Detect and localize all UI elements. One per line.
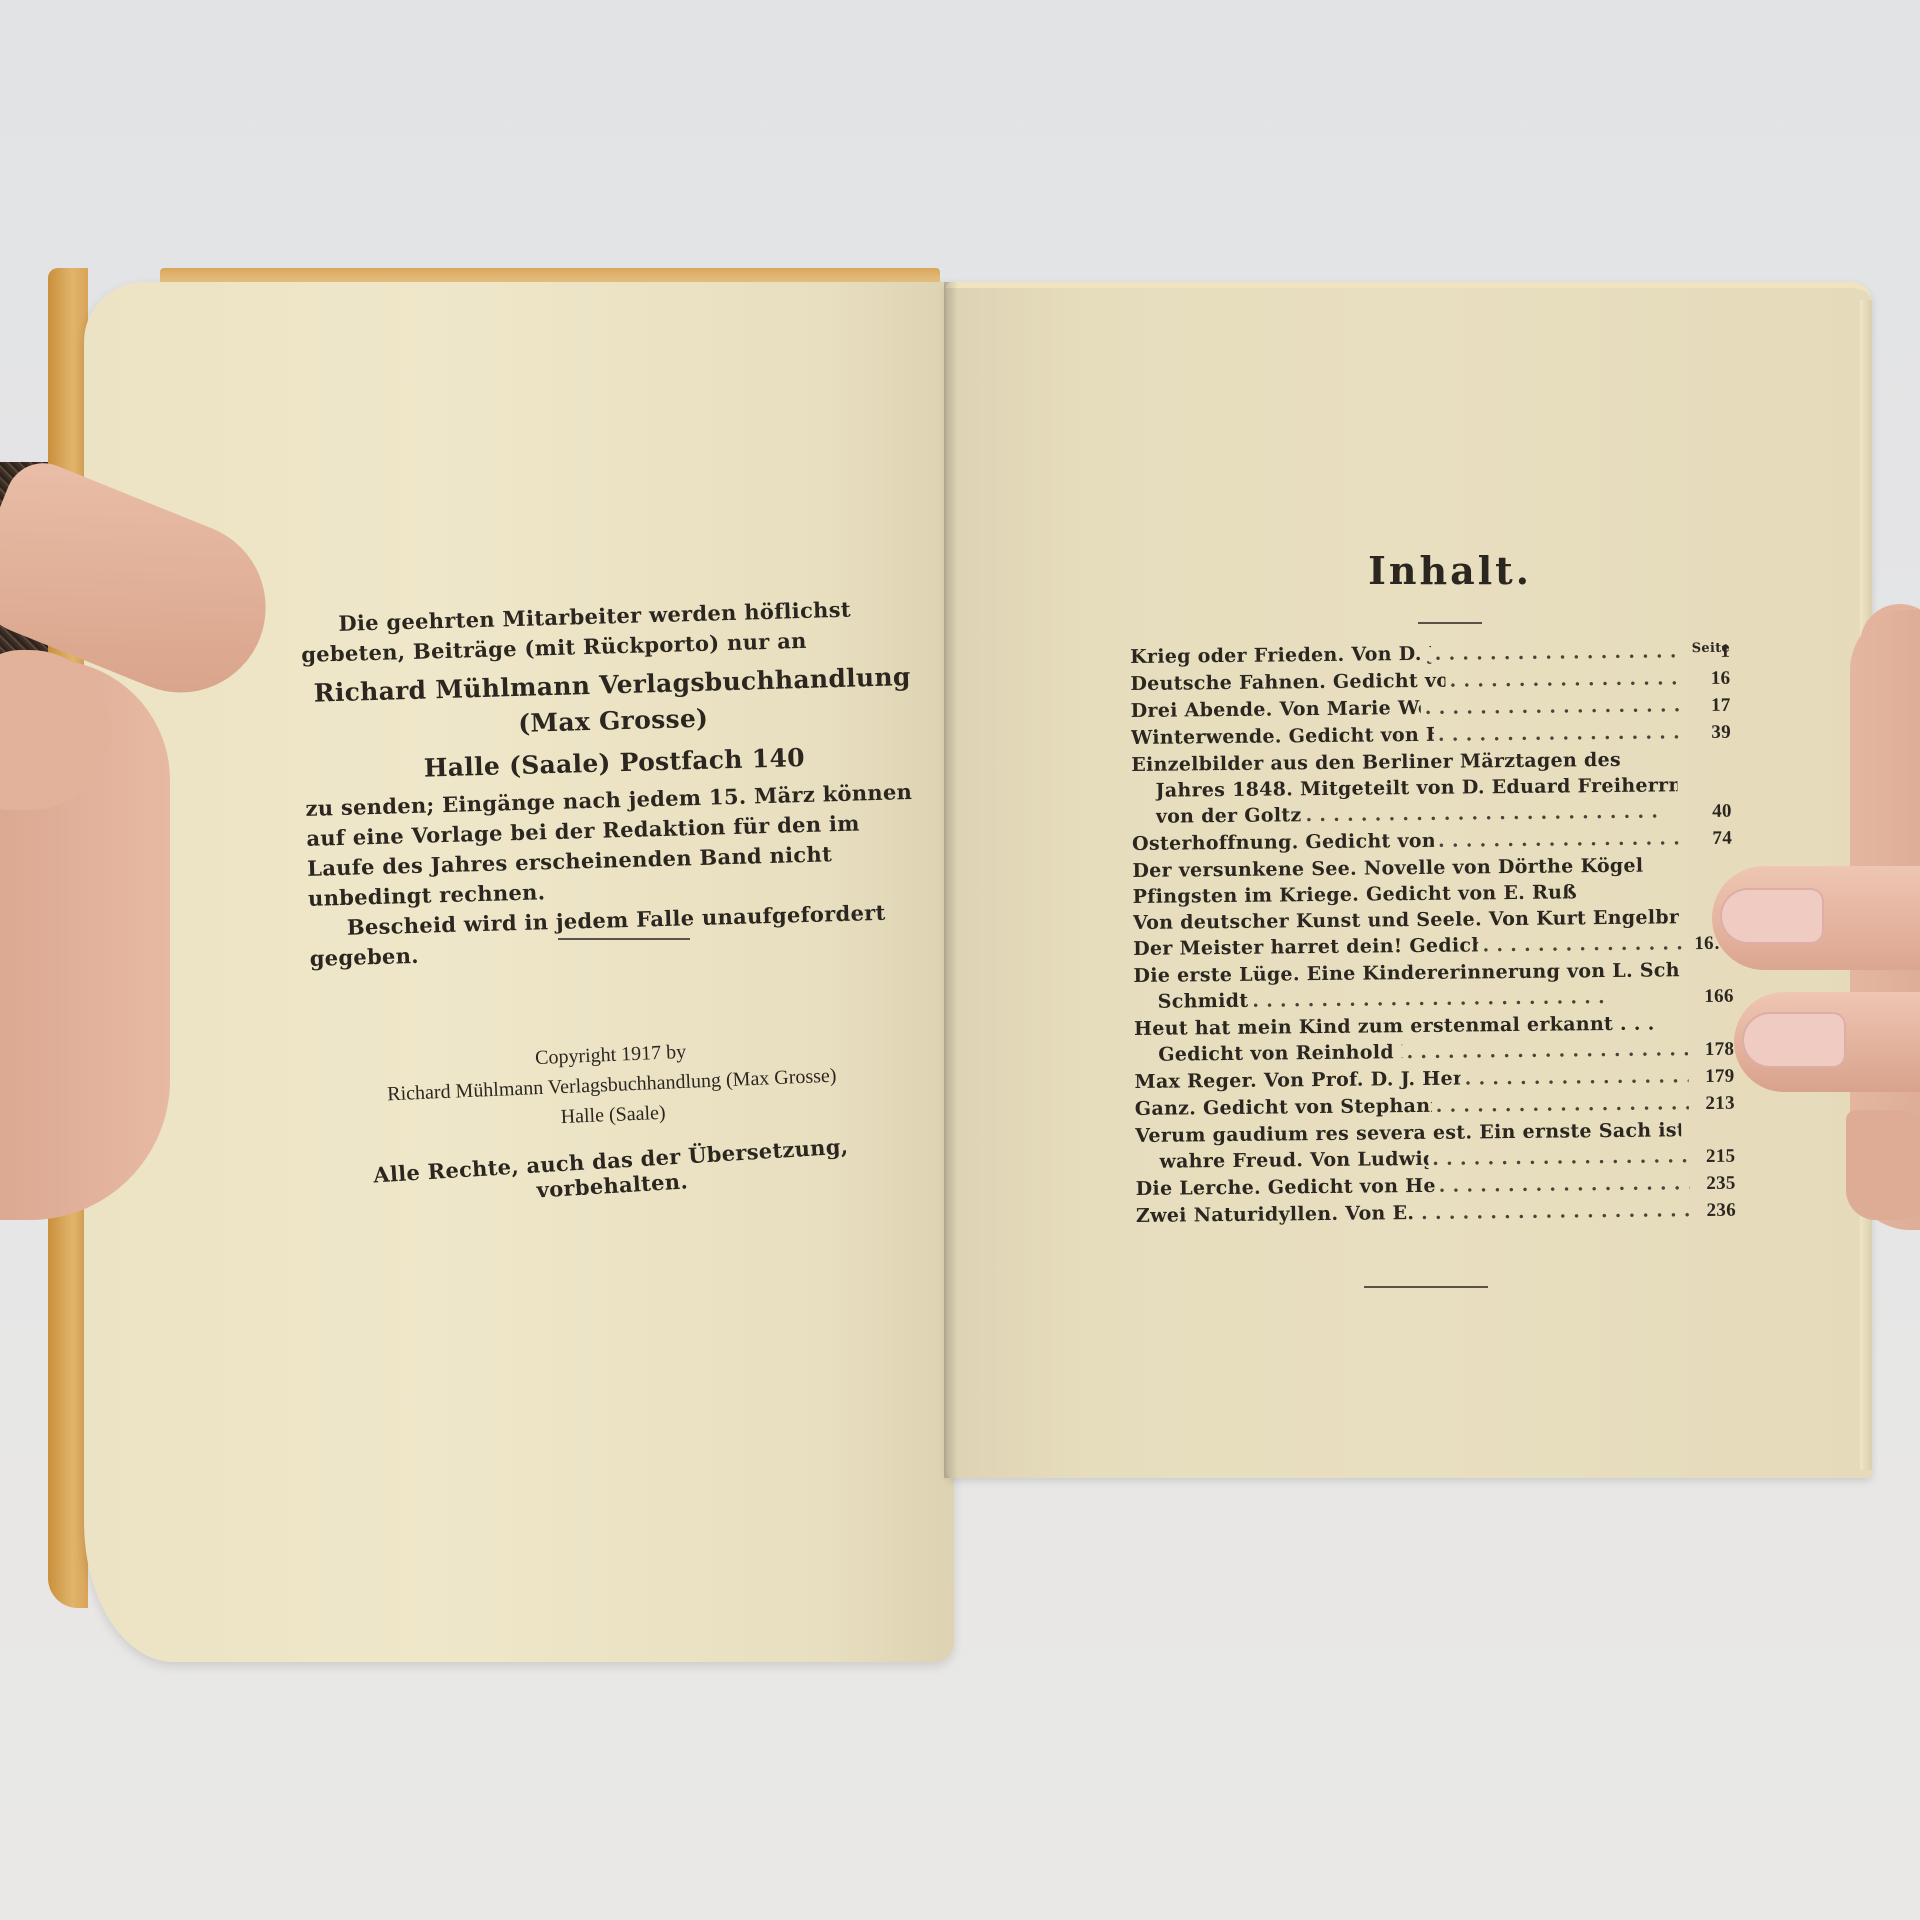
photo-scene: Die geehrten Mitarbeiter werden höflichs…: [0, 0, 1920, 1920]
toc-entry-title: Max Reger. Von Prof. D. J. Herrmann in R…: [1134, 1066, 1460, 1095]
leader-dots: . . . . . . . . . . . . . . . . . . . . …: [1461, 1063, 1689, 1091]
leader-dots: [1577, 897, 1687, 898]
toc-entry-page: 179: [1688, 1064, 1734, 1090]
leader-dots: . . . . . . . . . . . . . . . . . . . . …: [1435, 1170, 1690, 1199]
toc-entry-page: 178: [1688, 1037, 1734, 1063]
toc-entry-title: Zwei Naturidyllen. Von E. Dennert: [1136, 1200, 1417, 1229]
toc-entry-title: wahre Freud. Von Ludwig Weniger: [1159, 1146, 1428, 1175]
leader-dots: . . . . . . . . . . . . . . . . . . . . …: [1432, 1090, 1689, 1119]
contributor-notice: Die geehrten Mitarbeiter werden höflichs…: [300, 593, 930, 974]
toc-entry-title: Der Meister harret dein! Gedicht von Her…: [1133, 932, 1479, 962]
toc-entry-title: Deutsche Fahnen. Gedicht von Marie Thyro…: [1130, 668, 1445, 697]
leader-dots: . . . . . . . . . . . . . . . . . . . . …: [1434, 719, 1685, 748]
toc-entry-page: 17: [1685, 693, 1731, 719]
title-rule: [1418, 622, 1482, 624]
toc-entry-page: 39: [1685, 720, 1731, 746]
leader-dots: . . . . . . . . . . . . . . . . . . . . …: [1431, 638, 1685, 667]
leader-dots: . . . . . . . . . . . . . . . . . . . . …: [1248, 983, 1688, 1014]
leader-dots: . . . . . . . . . . . . . . . . . . . . …: [1434, 825, 1686, 854]
leader-dots: [1621, 765, 1685, 766]
leader-dots: . . . . . . . . . . . . . . . . . . . . …: [1402, 1036, 1688, 1065]
toc-entry-title: Drei Abende. Von Marie Wolterstorff: [1131, 695, 1421, 724]
toc-entry-title: Winterwende. Gedicht von Franz Lüdtke: [1131, 722, 1434, 751]
toc-entry-title: Krieg oder Frieden. Von D. Julius Kögel: [1130, 641, 1431, 670]
toc-entry-title: Osterhoffnung. Gedicht von K. E. Knodt: [1132, 828, 1434, 857]
left-page: [84, 282, 954, 1662]
table-of-contents: Seite Krieg oder Frieden. Von D. Julius …: [1130, 638, 1736, 1230]
toc-entry-page: 213: [1689, 1091, 1735, 1117]
toc-entry-page: 40: [1686, 799, 1732, 825]
fingernail: [1742, 1012, 1846, 1068]
toc-entry-title: von der Goltz: [1156, 802, 1302, 830]
leader-dots: . . . . . . . . . . . . . . . . . . . . …: [1417, 1197, 1690, 1226]
book-gutter: [944, 282, 958, 1478]
toc-entry-title: Gedicht von Reinhold Braun: [1158, 1039, 1402, 1068]
page-column-header: Seite: [1692, 636, 1731, 662]
leader-dots: . . . . . . . . . . . . . . . . . . . . …: [1445, 665, 1684, 693]
toc-entry-page: 235: [1690, 1171, 1736, 1197]
toc-entry-page: 16: [1684, 666, 1730, 692]
toc-entry-title: Schmidt: [1158, 988, 1249, 1015]
right-finger-bottom: [1846, 1110, 1920, 1220]
notice-line-2: zu senden; Eingänge nach jedem 15. März …: [305, 777, 928, 914]
publisher-name: Richard Mühlmann Verlagsbuchhandlung (Ma…: [302, 659, 924, 748]
leader-dots: . . . . . . . . . . . . . . . . . . . . …: [1478, 930, 1687, 958]
divider-rule: [558, 938, 690, 940]
leader-dots: . . . . . . . . . . . . . . . . . . . . …: [1428, 1143, 1689, 1172]
toc-entry-title: Ganz. Gedicht von Stephanie v. Goßlar: [1135, 1093, 1432, 1122]
leader-dots: . . . . . . . . . . . . . . . . . . . . …: [1421, 692, 1685, 721]
toc-entry-title: Die Lerche. Gedicht von Helene Brehm: [1136, 1173, 1435, 1202]
right-finger-1: [1712, 866, 1920, 970]
toc-entry-page: 166: [1688, 984, 1734, 1010]
fingernail: [1720, 888, 1824, 944]
toc-entry-page: 236: [1690, 1198, 1736, 1224]
leader-dots: . . . . . . . . . . . . . . . . . . . . …: [1301, 798, 1686, 828]
right-finger-2: [1734, 992, 1920, 1092]
toc-entry-page: 74: [1686, 826, 1732, 852]
toc-entry-page: 215: [1689, 1144, 1735, 1170]
toc-title: Inhalt.: [1330, 548, 1570, 593]
end-rule: [1364, 1286, 1488, 1288]
